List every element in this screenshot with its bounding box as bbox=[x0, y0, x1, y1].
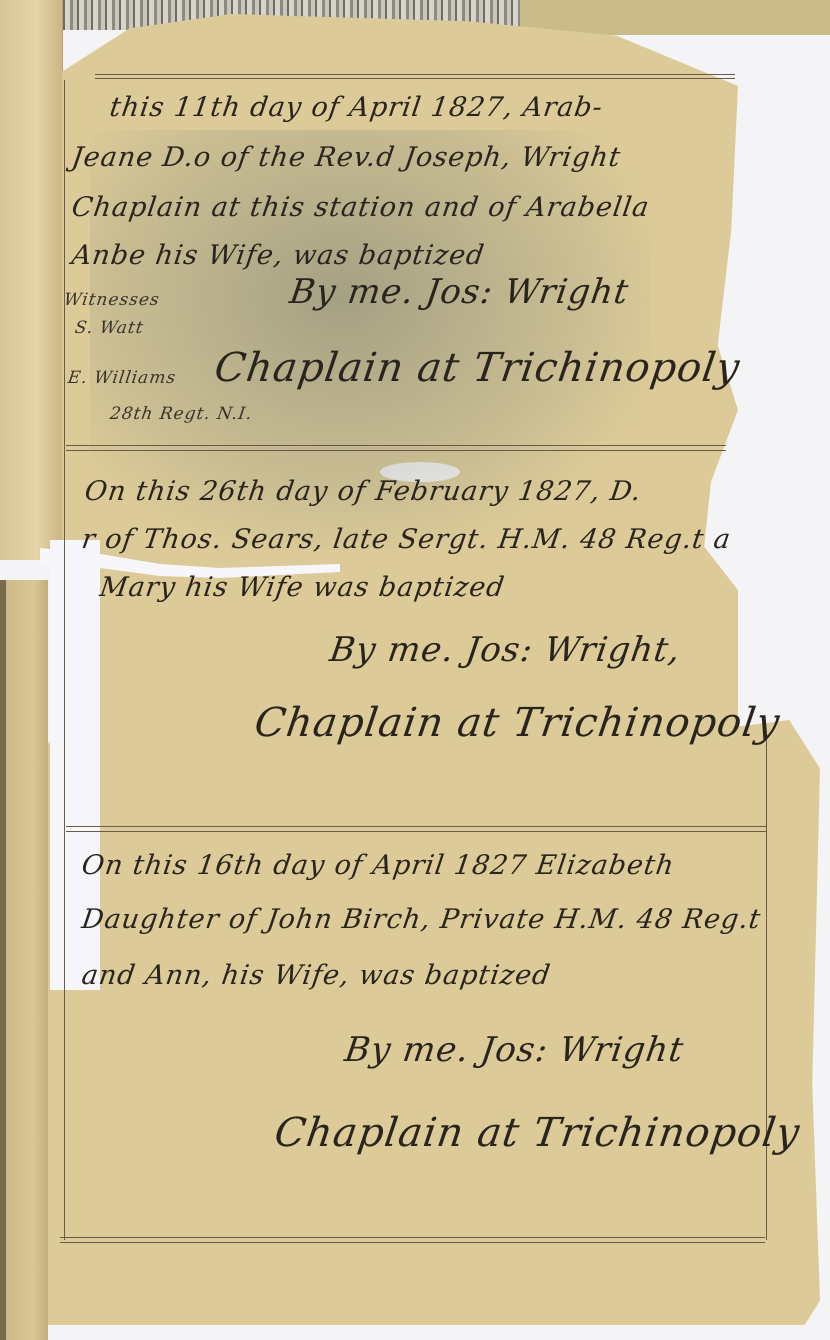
ruled-line bbox=[95, 78, 735, 79]
book-spine-strip bbox=[0, 580, 48, 1340]
signature: By me. Jos: Wright bbox=[342, 1030, 686, 1070]
background-adjacent-page bbox=[520, 0, 830, 35]
entry-divider bbox=[66, 445, 726, 446]
ruled-line bbox=[95, 74, 735, 75]
entry-divider bbox=[66, 450, 726, 451]
margin-note: S. Watt bbox=[74, 318, 145, 338]
bottom-border bbox=[60, 1237, 765, 1238]
entry-line: Chaplain at this station and of Arabella bbox=[70, 192, 652, 223]
bottom-border bbox=[60, 1242, 765, 1243]
entry-line: Jeane D.o of the Rev.d Joseph, Wright bbox=[70, 142, 623, 173]
entry-line: Daughter of John Birch, Private H.M. 48 … bbox=[80, 904, 763, 935]
margin-note: E. Williams bbox=[67, 368, 178, 388]
margin-note: 28th Regt. N.I. bbox=[109, 404, 254, 424]
entry-divider bbox=[66, 831, 766, 832]
left-margin-rule bbox=[64, 80, 65, 1240]
chaplain-title: Chaplain at Trichinopoly bbox=[212, 345, 743, 391]
entry-line: r of Thos. Sears, late Sergt. H.M. 48 Re… bbox=[80, 524, 733, 555]
signature: By me. Jos: Wright, bbox=[327, 630, 683, 670]
entry-line: On this 26th day of February 1827, D. bbox=[83, 476, 644, 507]
entry-divider bbox=[66, 826, 766, 827]
entry-line: On this 16th day of April 1827 Elizabeth bbox=[80, 850, 677, 881]
entry-line: this 11th day of April 1827, Arab- bbox=[108, 92, 605, 123]
signature: By me. Jos: Wright bbox=[287, 272, 631, 312]
margin-note: Witnesses bbox=[63, 290, 161, 310]
entry-line: Anbe his Wife, was baptized bbox=[70, 240, 487, 271]
entry-line: and Ann, his Wife, was baptized bbox=[80, 960, 553, 991]
right-margin-rule bbox=[766, 735, 767, 1240]
left-page-fragment bbox=[0, 0, 63, 560]
page-lower-section bbox=[48, 720, 820, 1325]
chaplain-title: Chaplain at Trichinopoly bbox=[272, 1110, 803, 1156]
entry-line: Mary his Wife was baptized bbox=[98, 572, 507, 603]
chaplain-title: Chaplain at Trichinopoly bbox=[252, 700, 783, 746]
